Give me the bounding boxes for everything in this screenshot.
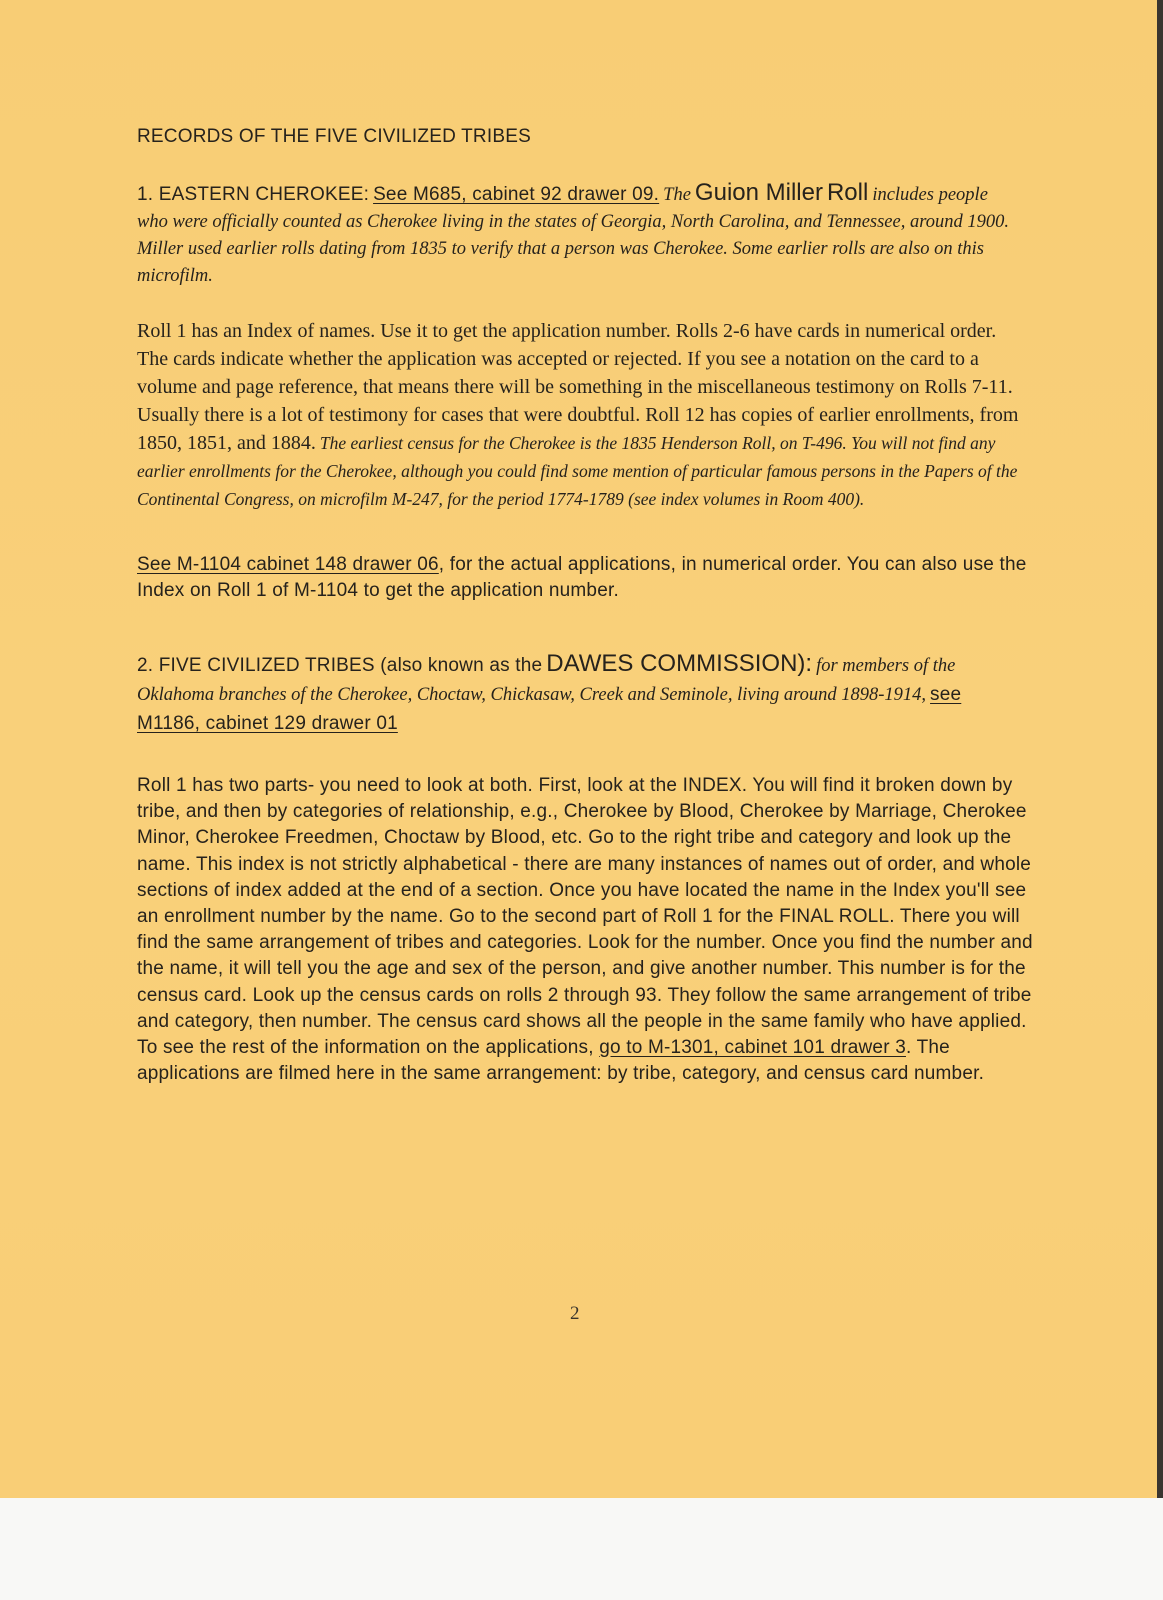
section-eastern-cherokee: 1. EASTERN CHEROKEE: See M685, cabinet 9… [137,180,1017,290]
section1-intro-word: The [663,185,691,205]
scan-edge [1157,0,1163,1498]
section1-paragraph-2: Roll 1 has an Index of names. Use it to … [137,318,1027,514]
section2-paragraph-2: Roll 1 has two parts- you need to look a… [137,773,1037,1087]
section1-microfilm-link: See M685, cabinet 92 drawer 09. [373,184,659,205]
section1-heading: 1. EASTERN CHEROKEE: [137,184,369,205]
document-page: RECORDS OF THE FIVE CIVILIZED TRIBES 1. … [0,0,1157,1498]
section1-paragraph-3: See M-1104 cabinet 148 drawer 06, for th… [137,552,1037,604]
dawes-commission-heading: DAWES COMMISSION): [546,650,812,677]
roll-name-guion-miller: Guion Miller [695,179,823,206]
roll-name-roll: Roll [827,179,868,206]
section1-applications-link: See M-1104 cabinet 148 drawer 06 [137,554,439,575]
section2-applications-link: go to M-1301, cabinet 101 drawer 3 [599,1037,906,1058]
document-title: RECORDS OF THE FIVE CIVILIZED TRIBES [137,126,1037,148]
page-number: 2 [570,1303,580,1325]
section2-heading: 2. FIVE CIVILIZED TRIBES (also known as … [137,655,542,676]
section2-instructions: Roll 1 has two parts- you need to look a… [137,775,1033,1058]
section-five-civilized-tribes: 2. FIVE CIVILIZED TRIBES (also known as … [137,650,997,739]
